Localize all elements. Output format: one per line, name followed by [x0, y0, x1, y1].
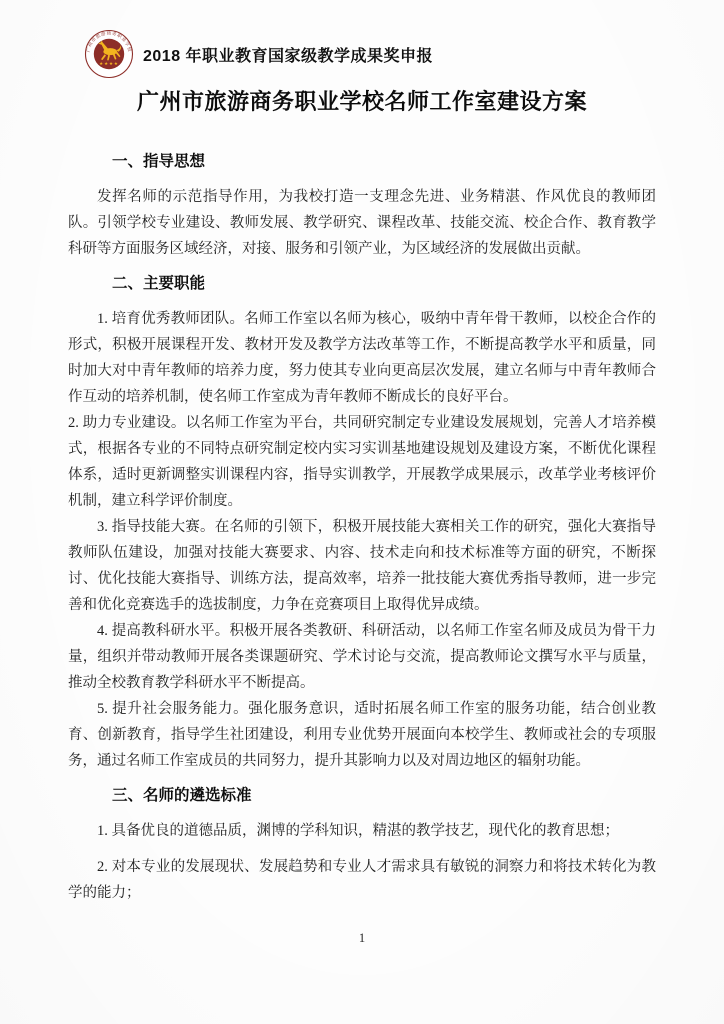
section-heading-selection-criteria: 三、名师的遴选标准: [68, 783, 656, 809]
paragraph: 5. 提升社会服务能力。强化服务意识，适时拓展名师工作室的服务功能，结合创业教育…: [68, 696, 656, 774]
section-heading-guiding-ideology: 一、指导思想: [68, 149, 656, 175]
paragraph: 发挥名师的示范指导作用，为我校打造一支理念先进、业务精湛、作风优良的教师团队。引…: [68, 184, 656, 262]
school-seal-icon: 广州市旅游商务职业学校 ★★★★: [84, 29, 134, 79]
paragraph: 4. 提高教科研水平。积极开展各类教研、科研活动，以名师工作室名师及成员为骨干力…: [68, 618, 656, 696]
document-page: 广州市旅游商务职业学校 ★★★★ 2018 年职业教育国家级教学成果奖申报 广州…: [0, 0, 724, 1024]
header: 广州市旅游商务职业学校 ★★★★ 2018 年职业教育国家级教学成果奖申报: [84, 29, 433, 79]
header-caption: 2018 年职业教育国家级教学成果奖申报: [143, 43, 433, 66]
document-title: 广州市旅游商务职业学校名师工作室建设方案: [68, 85, 656, 116]
paragraph: 3. 指导技能大赛。在名师的引领下，积极开展技能大赛相关工作的研究，强化大赛指导…: [68, 514, 656, 618]
paragraph: 1. 培育优秀教师团队。名师工作室以名师为核心，吸纳中青年骨干教师，以校企合作的…: [68, 306, 656, 410]
page-number: 1: [68, 931, 656, 946]
paragraph: 1. 具备优良的道德品质，渊博的学科知识，精湛的教学技艺，现代化的教育思想；: [68, 818, 656, 844]
paragraph: 2. 助力专业建设。以名师工作室为平台，共同研究制定专业建设发展规划，完善人才培…: [68, 410, 656, 514]
document-body: 一、指导思想 发挥名师的示范指导作用，为我校打造一支理念先进、业务精湛、作风优良…: [68, 140, 656, 916]
section-heading-main-functions: 二、主要职能: [68, 271, 656, 297]
seal-stars: ★★★★: [99, 61, 119, 66]
paragraph: 2. 对本专业的发展现状、发展趋势和专业人才需求具有敏锐的洞察力和将技术转化为教…: [68, 854, 656, 906]
